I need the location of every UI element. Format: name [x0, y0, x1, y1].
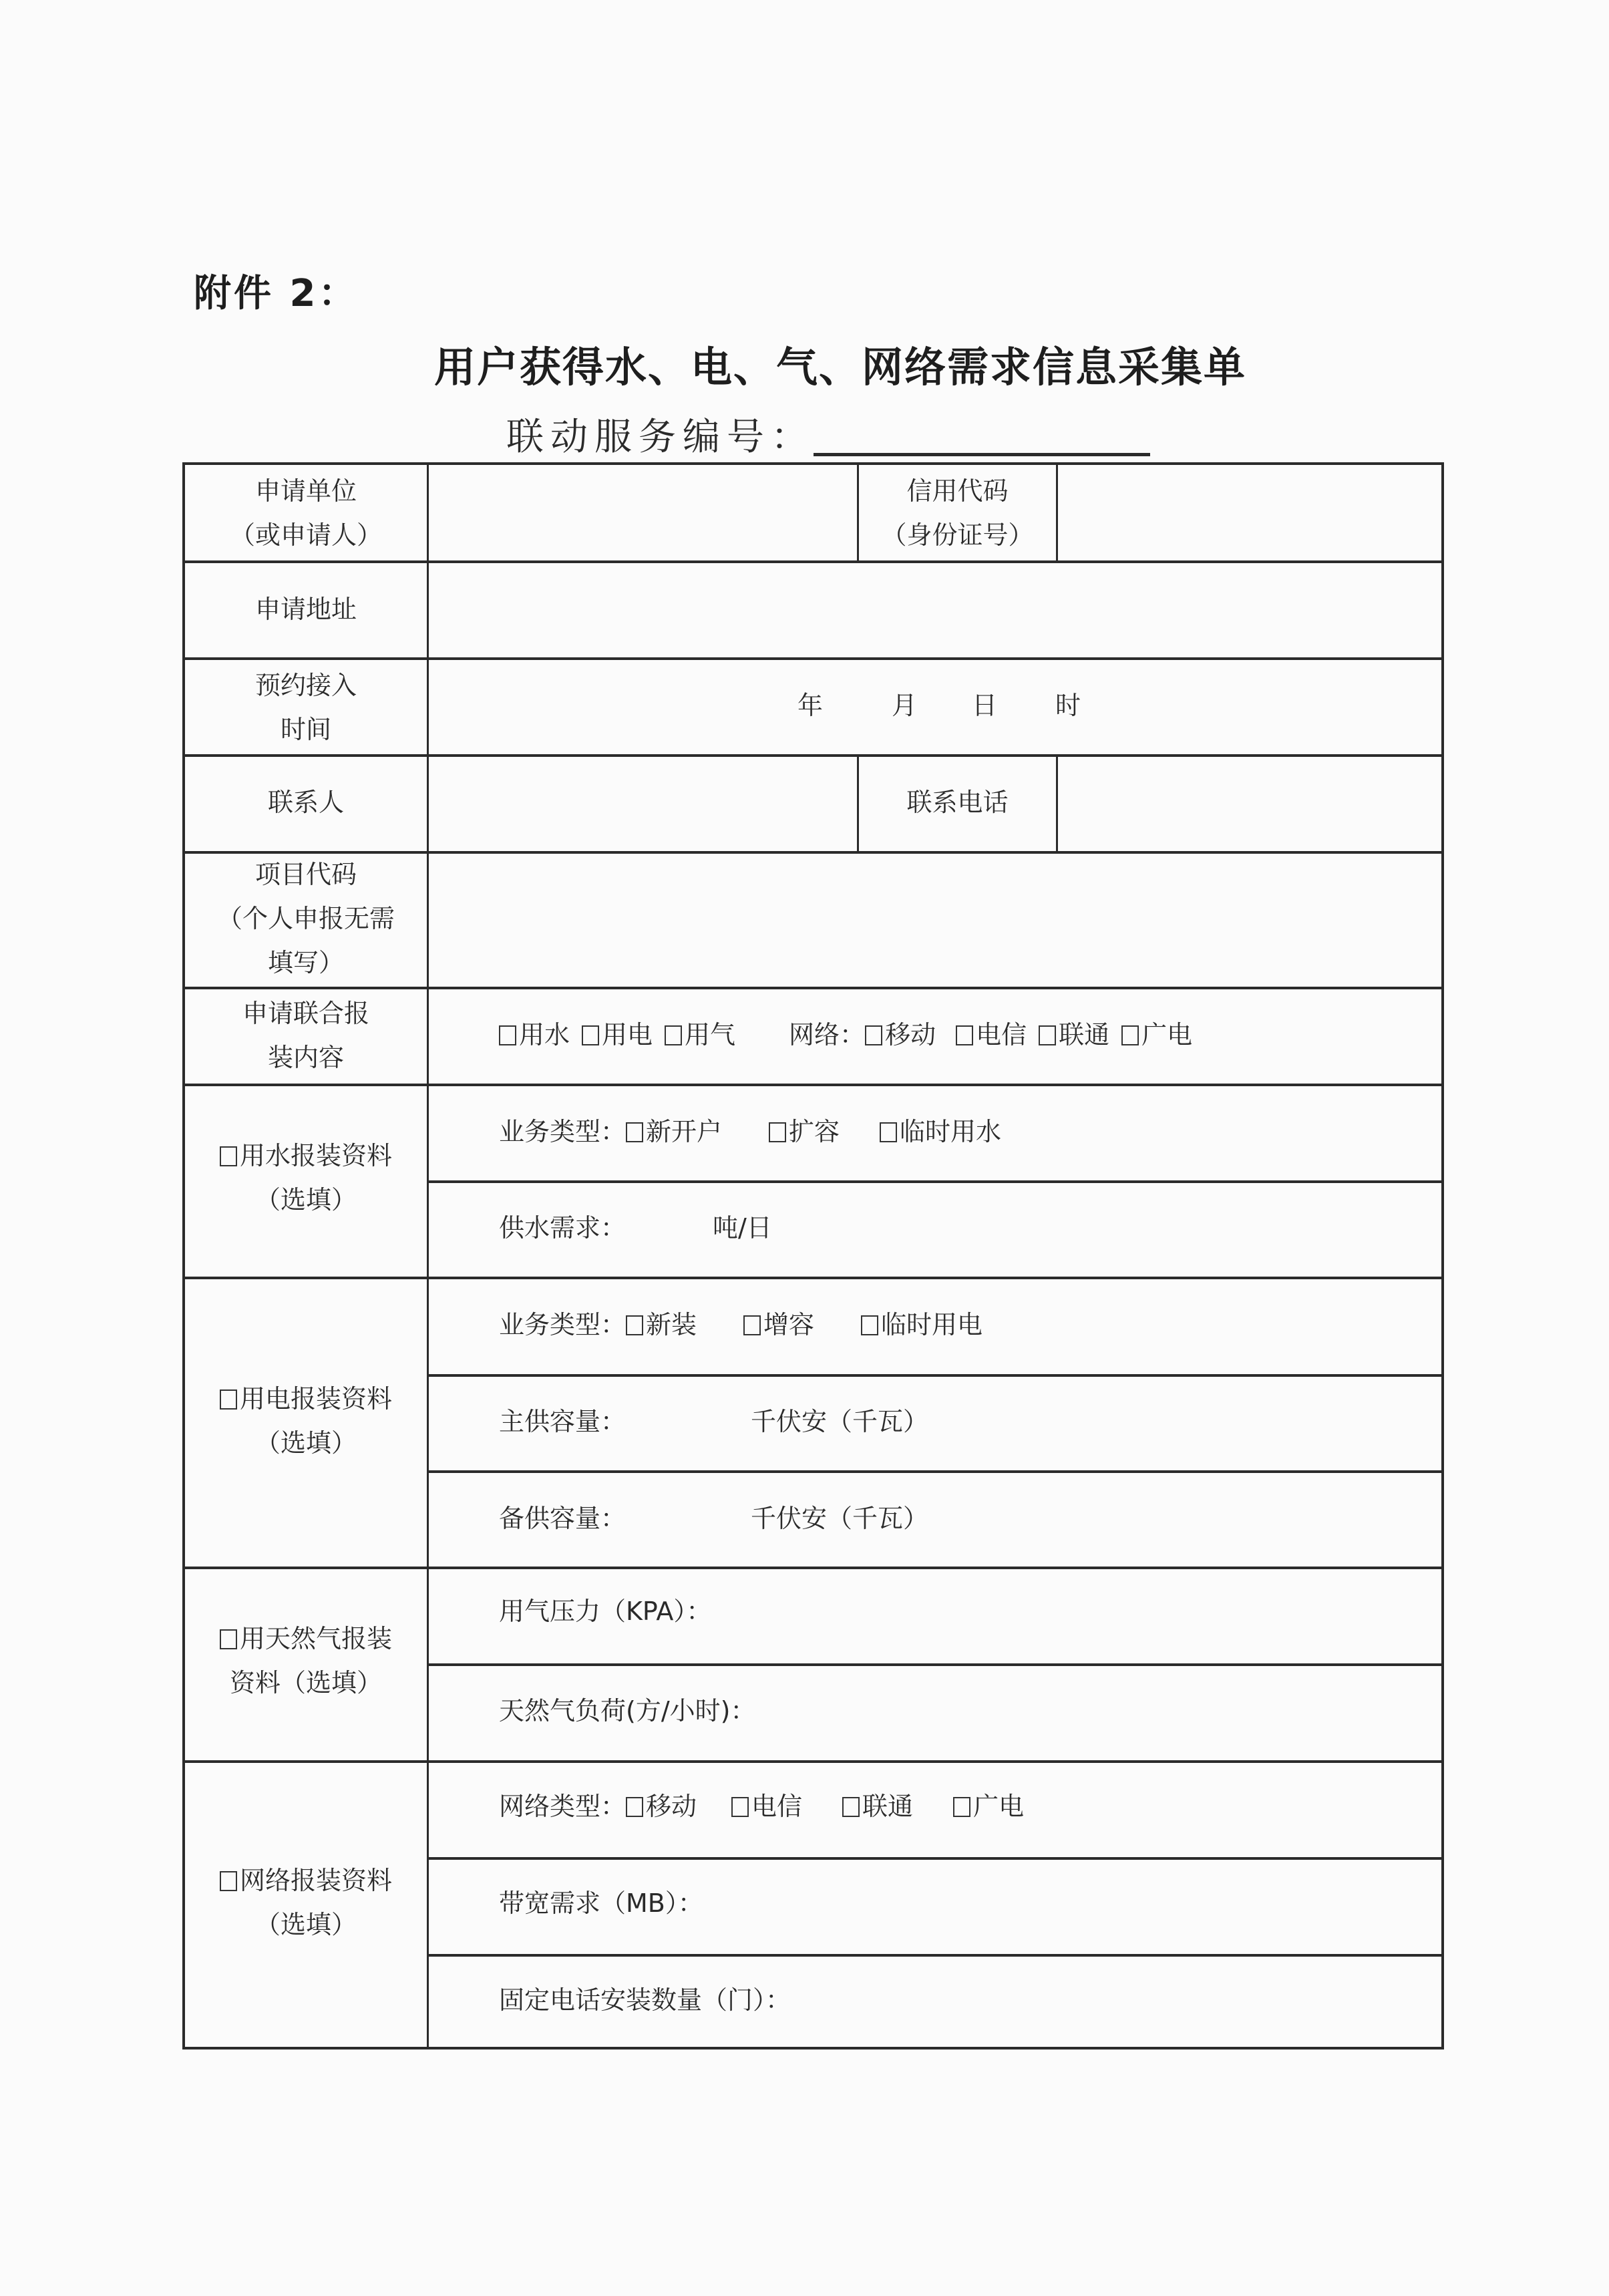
- option-temporary-electricity[interactable]: 临时用电: [861, 1303, 982, 1347]
- option-unicom[interactable]: 联通: [1039, 1013, 1109, 1057]
- row-divider: [428, 1374, 1441, 1377]
- phone-divider-right: [1056, 754, 1058, 852]
- water-business-type: 业务类型：新开户扩容临时用水: [499, 1110, 1027, 1154]
- bandwidth-label: 带宽需求（MB）：: [499, 1881, 703, 1925]
- contact-input[interactable]: [429, 757, 857, 851]
- row-divider: [185, 1084, 1441, 1086]
- option-new-account[interactable]: 新开户: [626, 1110, 722, 1154]
- electricity-section-label[interactable]: 用电报装资料 （选填）: [185, 1377, 427, 1465]
- form-title: 用户获得水、电、气、网络需求信息采集单: [434, 334, 1246, 393]
- option-temporary-water[interactable]: 临时用水: [880, 1110, 1001, 1154]
- network-label: 网络：: [789, 1020, 865, 1049]
- row-divider: [428, 1663, 1441, 1666]
- main-capacity-unit: 千伏安（千瓦）: [751, 1400, 928, 1444]
- gas-pressure-label: 用气压力（KPA）：: [499, 1589, 711, 1633]
- gas-pressure-input[interactable]: [773, 1574, 1434, 1654]
- checkbox-icon[interactable]: [665, 1025, 682, 1045]
- appointment-time-label: 预约接入 时间: [185, 663, 427, 752]
- water-supply-unit: 吨/日: [713, 1206, 772, 1250]
- checkbox-icon[interactable]: [880, 1122, 897, 1142]
- row-divider: [185, 987, 1441, 989]
- row-divider: [185, 1567, 1441, 1569]
- option-net-mobile[interactable]: 移动: [626, 1784, 697, 1828]
- serial-number-field[interactable]: [814, 453, 1150, 456]
- contact-label: 联系人: [185, 780, 427, 824]
- checkbox-icon[interactable]: [769, 1122, 786, 1142]
- checkbox-icon[interactable]: [582, 1025, 599, 1045]
- option-net-unicom[interactable]: 联通: [842, 1784, 913, 1828]
- applicant-label: 申请单位 （或申请人）: [185, 469, 427, 557]
- address-input[interactable]: [429, 563, 1441, 657]
- backup-capacity-unit: 千伏安（千瓦）: [751, 1496, 928, 1540]
- option-expansion[interactable]: 扩容: [769, 1110, 840, 1154]
- checkbox-icon[interactable]: [220, 1389, 237, 1410]
- option-gas[interactable]: 用气: [665, 1013, 735, 1057]
- row-divider: [185, 1760, 1441, 1763]
- option-capacity-increase[interactable]: 增容: [743, 1303, 814, 1347]
- checkbox-icon[interactable]: [626, 1797, 643, 1817]
- gas-load-label: 天然气负荷(方/小时)：: [499, 1689, 755, 1733]
- backup-capacity-label: 备供容量：: [499, 1496, 626, 1540]
- checkbox-icon[interactable]: [956, 1025, 973, 1045]
- checkbox-icon[interactable]: [220, 1146, 237, 1166]
- checkbox-icon[interactable]: [743, 1315, 761, 1335]
- option-net-broadcast[interactable]: 广电: [953, 1784, 1024, 1828]
- row-divider: [428, 1470, 1441, 1473]
- credit-code-input[interactable]: [1059, 465, 1441, 560]
- serial-number-label: 联动服务编号：: [506, 407, 815, 461]
- phone-input[interactable]: [1059, 757, 1441, 851]
- checkbox-icon[interactable]: [865, 1025, 882, 1045]
- checkbox-icon[interactable]: [953, 1797, 970, 1817]
- checkbox-icon[interactable]: [842, 1797, 860, 1817]
- checkbox-icon[interactable]: [861, 1315, 878, 1335]
- checkbox-icon[interactable]: [626, 1315, 643, 1335]
- option-telecom[interactable]: 电信: [956, 1013, 1027, 1057]
- joint-content-options: 用水用电用气网络：移动电信联通广电: [499, 1013, 1192, 1057]
- row-divider: [428, 1954, 1441, 1957]
- main-capacity-label: 主供容量：: [499, 1400, 626, 1444]
- option-net-telecom[interactable]: 电信: [731, 1784, 802, 1828]
- phone-label: 联系电话: [859, 780, 1056, 824]
- option-water[interactable]: 用水: [499, 1013, 570, 1057]
- attachment-label: 附件 2：: [194, 264, 358, 317]
- gas-load-input[interactable]: [786, 1671, 1434, 1751]
- landline-count-input[interactable]: [820, 1961, 1434, 2041]
- electricity-business-type: 业务类型：新装增容临时用电: [499, 1303, 1008, 1347]
- bandwidth-input[interactable]: [739, 1864, 1434, 1945]
- row-divider: [185, 1277, 1441, 1279]
- option-mobile[interactable]: 移动: [865, 1013, 936, 1057]
- row-divider: [428, 1857, 1441, 1860]
- checkbox-icon[interactable]: [731, 1797, 749, 1817]
- option-electricity[interactable]: 用电: [582, 1013, 653, 1057]
- water-section-label[interactable]: 用水报装资料 （选填）: [185, 1134, 427, 1222]
- joint-content-label: 申请联合报 装内容: [185, 991, 427, 1080]
- option-broadcast[interactable]: 广电: [1121, 1013, 1192, 1057]
- label-column-divider: [427, 465, 429, 2049]
- checkbox-icon[interactable]: [1121, 1025, 1139, 1045]
- landline-count-label: 固定电话安装数量（门）：: [499, 1978, 791, 2022]
- network-section-label[interactable]: 网络报装资料 （选填）: [185, 1858, 427, 1947]
- checkbox-icon[interactable]: [1039, 1025, 1056, 1045]
- credit-code-divider-right: [1056, 465, 1058, 562]
- gas-section-label[interactable]: 用天然气报装 资料（选填）: [185, 1617, 427, 1705]
- checkbox-icon[interactable]: [220, 1629, 237, 1649]
- project-code-input[interactable]: [429, 854, 1441, 987]
- applicant-input[interactable]: [429, 465, 857, 560]
- checkbox-icon[interactable]: [626, 1122, 643, 1142]
- checkbox-icon[interactable]: [499, 1025, 516, 1045]
- water-supply-label: 供水需求：: [499, 1206, 626, 1250]
- project-code-label: 项目代码 （个人申报无需 填写）: [185, 852, 427, 985]
- credit-code-label: 信用代码 （身份证号）: [859, 469, 1056, 557]
- appointment-time-input[interactable]: [429, 660, 1441, 754]
- checkbox-icon[interactable]: [220, 1871, 237, 1891]
- option-new-install[interactable]: 新装: [626, 1303, 697, 1347]
- row-divider: [428, 1180, 1441, 1183]
- info-collection-form: 申请单位 （或申请人） 信用代码 （身份证号） 申请地址 预约接入 时间 年 月…: [182, 462, 1444, 2049]
- network-type: 网络类型：移动电信联通广电: [499, 1784, 1049, 1828]
- address-label: 申请地址: [185, 587, 427, 631]
